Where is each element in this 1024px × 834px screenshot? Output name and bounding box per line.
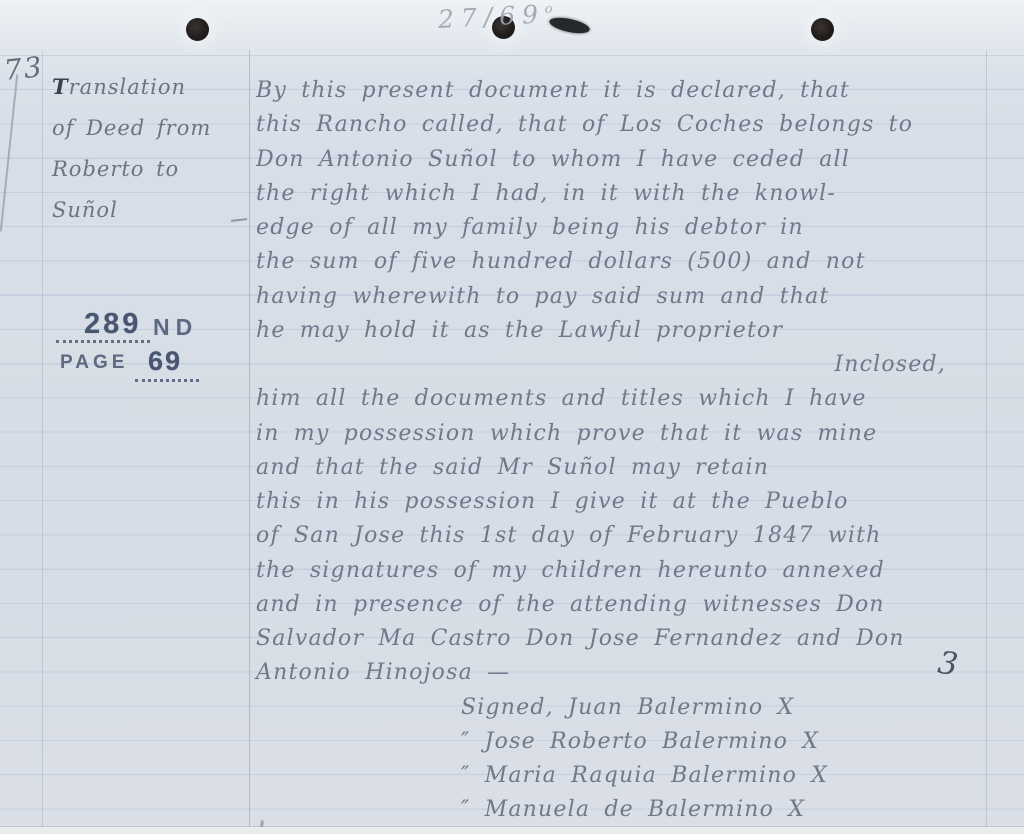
- scanned-document-page: 27/69o 73 Translation of Deed from Rober…: [0, 0, 1024, 834]
- manuscript-line: he may hold it as the Lawful proprietor: [256, 314, 1012, 348]
- manuscript-body: By this present document it is declared,…: [256, 74, 1012, 828]
- manuscript-line: Antonio Hinojosa —: [256, 656, 1012, 690]
- manuscript-line: By this present document it is declared,…: [256, 74, 1012, 108]
- stamp-page-number: 69: [148, 346, 182, 377]
- manuscript-line: this Rancho called, that of Los Coches b…: [256, 108, 1012, 142]
- margin-note-line: Suñol: [52, 190, 252, 231]
- pen-flourish-stroke: [0, 74, 18, 231]
- stamp-dotted-line-bottom: [135, 379, 199, 382]
- page-bottom-edge: [0, 827, 1024, 834]
- manuscript-line: and in presence of the attending witness…: [256, 588, 1012, 622]
- manuscript-line: him all the documents and titles which I…: [256, 382, 1012, 416]
- margin-entry-number: 73: [2, 50, 45, 87]
- manuscript-line: the signatures of my children hereunto a…: [256, 554, 1012, 588]
- manuscript-line: this in his possession I give it at the …: [256, 485, 1012, 519]
- signature-line: Signed, Juan Balermino X: [256, 691, 1012, 725]
- manuscript-line: having wherewith to pay said sum and tha…: [256, 280, 1012, 314]
- stamp-dotted-line-top: [56, 340, 150, 343]
- hole-punch-left: [186, 18, 209, 41]
- pencil-inventory-number: 27/69o: [437, 0, 553, 34]
- ink-smudge: [548, 15, 591, 36]
- stamp-page-label: PAGE: [60, 352, 128, 374]
- stamp-nd-label: ND: [153, 314, 198, 341]
- signature-line: ″ Manuela de Balermino X: [256, 793, 1012, 827]
- margin-note-line: of Deed from: [52, 108, 252, 149]
- signature-line: ″ Jose Roberto Balermino X: [256, 725, 1012, 759]
- stamp-book-number: 289: [84, 308, 141, 341]
- margin-note-line: Roberto to: [52, 149, 252, 190]
- manuscript-line: of San Jose this 1st day of February 184…: [256, 519, 1012, 553]
- margin-note-line: Translation: [52, 66, 252, 108]
- manuscript-line: edge of all my family being his debtor i…: [256, 211, 1012, 245]
- hole-punch-right: [811, 18, 834, 41]
- manuscript-line: and that the said Mr Suñol may retain: [256, 451, 1012, 485]
- pencil-number-superscript: o: [544, 2, 553, 17]
- manuscript-line: in my possession which prove that it was…: [256, 417, 1012, 451]
- margin-annotation: Translation of Deed from Roberto to Suño…: [52, 66, 252, 231]
- manuscript-line: Don Antonio Suñol to whom I have ceded a…: [256, 143, 1012, 177]
- left-vertical-rule: [42, 50, 43, 827]
- manuscript-line: Salvador Ma Castro Don Jose Fernandez an…: [256, 622, 1012, 656]
- manuscript-line: the sum of five hundred dollars (500) an…: [256, 245, 1012, 279]
- pencil-number-text: 27/69: [437, 0, 545, 34]
- signature-line: ″ Maria Raquia Balermino X: [256, 759, 1012, 793]
- manuscript-line: the right which I had, in it with the kn…: [256, 177, 1012, 211]
- manuscript-line: Inclosed,: [256, 348, 1012, 382]
